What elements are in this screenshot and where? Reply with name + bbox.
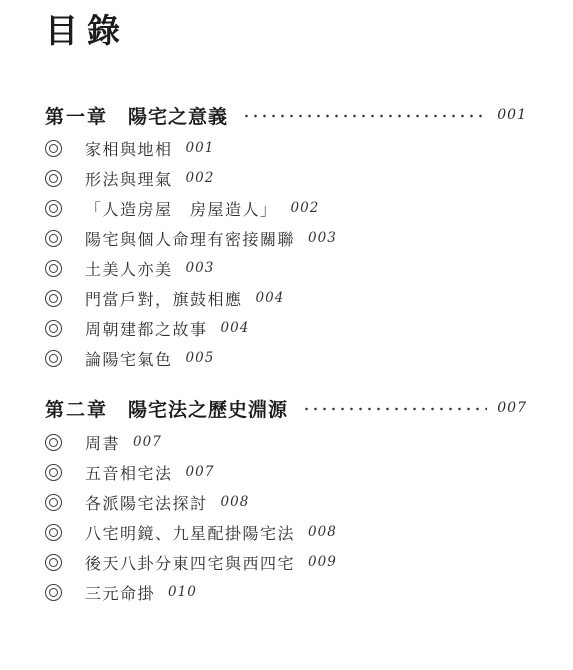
entry-label: 「人造房屋 房屋造人」	[85, 197, 278, 220]
entry-label: 周朝建都之故事	[85, 317, 208, 340]
bullseye-icon	[45, 170, 62, 187]
toc-entry: 論陽宅氣色 005	[45, 343, 527, 373]
toc-entry: 各派陽宅法探討 008	[45, 487, 527, 517]
chapter-section-2: 第二章 陽宅法之歷史淵源 007 周書 007 五音相宅法 007 各派陽宅法探…	[45, 395, 527, 607]
entry-page-number: 001	[186, 140, 215, 156]
bullseye-icon	[45, 320, 62, 337]
dot-leader	[242, 113, 487, 119]
entry-page-number: 009	[308, 554, 337, 570]
chapter-page-number: 001	[497, 107, 527, 123]
entry-page-number: 004	[256, 290, 285, 306]
toc-entry: 周朝建都之故事 004	[45, 313, 527, 343]
chapter-title: 陽宅之意義	[128, 102, 228, 129]
dot-leader	[302, 406, 487, 412]
bullseye-icon	[45, 494, 62, 511]
bullseye-icon	[45, 140, 62, 157]
bullseye-icon	[45, 524, 62, 541]
chapter-heading: 第一章 陽宅之意義 001	[45, 102, 527, 128]
bullseye-icon	[45, 200, 62, 217]
entry-page-number: 004	[221, 320, 250, 336]
chapter-item-list: 周書 007 五音相宅法 007 各派陽宅法探討 008 八宅明鏡、九星配掛陽宅…	[45, 427, 527, 607]
bullseye-icon	[45, 230, 62, 247]
entry-page-number: 002	[186, 170, 215, 186]
toc-entry: 土美人亦美 003	[45, 253, 527, 283]
toc-entry: 周書 007	[45, 427, 527, 457]
toc-page: 目錄 第一章 陽宅之意義 001 家相與地相 001 形法與理氣 002 「人造…	[0, 0, 573, 670]
entry-label: 各派陽宅法探討	[85, 491, 208, 514]
toc-entry: 八宅明鏡、九星配掛陽宅法 008	[45, 517, 527, 547]
entry-page-number: 008	[308, 524, 337, 540]
bullseye-icon	[45, 290, 62, 307]
toc-entry: 三元命掛 010	[45, 577, 527, 607]
toc-entry: 「人造房屋 房屋造人」 002	[45, 193, 527, 223]
chapter-heading: 第二章 陽宅法之歷史淵源 007	[45, 395, 527, 421]
entry-page-number: 007	[133, 434, 162, 450]
entry-label: 三元命掛	[85, 581, 155, 604]
entry-page-number: 003	[308, 230, 337, 246]
entry-label: 門當戶對，旗鼓相應	[85, 287, 243, 310]
entry-label: 形法與理氣	[85, 167, 173, 190]
toc-entry: 後天八卦分東四宅與西四宅 009	[45, 547, 527, 577]
bullseye-icon	[45, 434, 62, 451]
entry-label: 陽宅與個人命理有密接關聯	[85, 227, 295, 250]
chapter-title: 陽宅法之歷史淵源	[128, 395, 288, 422]
entry-label: 論陽宅氣色	[85, 347, 173, 370]
entry-label: 家相與地相	[85, 137, 173, 160]
chapter-section-1: 第一章 陽宅之意義 001 家相與地相 001 形法與理氣 002 「人造房屋 …	[45, 102, 527, 373]
chapter-item-list: 家相與地相 001 形法與理氣 002 「人造房屋 房屋造人」 002 陽宅與個…	[45, 133, 527, 373]
entry-label: 八宅明鏡、九星配掛陽宅法	[85, 521, 295, 544]
page-title: 目錄	[45, 12, 527, 52]
entry-label: 周書	[85, 431, 120, 454]
entry-page-number: 005	[186, 350, 215, 366]
entry-page-number: 007	[186, 464, 215, 480]
entry-page-number: 010	[168, 584, 197, 600]
entry-label: 後天八卦分東四宅與西四宅	[85, 551, 295, 574]
chapter-page-number: 007	[497, 400, 527, 416]
toc-entry: 陽宅與個人命理有密接關聯 003	[45, 223, 527, 253]
entry-page-number: 008	[221, 494, 250, 510]
chapter-number: 第二章	[45, 395, 108, 422]
entry-page-number: 003	[186, 260, 215, 276]
entry-label: 五音相宅法	[85, 461, 173, 484]
entry-label: 土美人亦美	[85, 257, 173, 280]
bullseye-icon	[45, 350, 62, 367]
bullseye-icon	[45, 554, 62, 571]
bullseye-icon	[45, 464, 62, 481]
toc-entry: 形法與理氣 002	[45, 163, 527, 193]
toc-entry: 家相與地相 001	[45, 133, 527, 163]
chapter-number: 第一章	[45, 102, 108, 129]
toc-entry: 門當戶對，旗鼓相應 004	[45, 283, 527, 313]
bullseye-icon	[45, 584, 62, 601]
entry-page-number: 002	[291, 200, 320, 216]
toc-entry: 五音相宅法 007	[45, 457, 527, 487]
bullseye-icon	[45, 260, 62, 277]
